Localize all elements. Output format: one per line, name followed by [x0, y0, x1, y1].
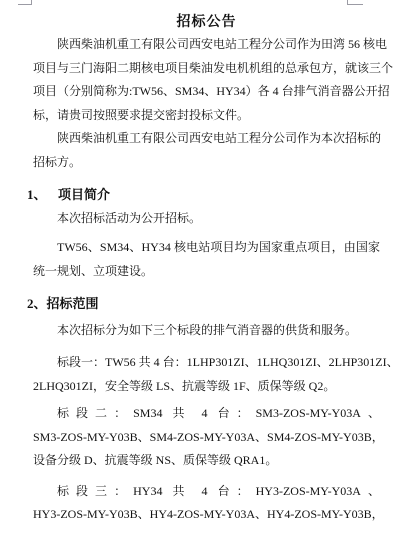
section-2-number: 2、 — [27, 296, 47, 311]
text-line: 标段三：HY34 共 4 台：HY3-ZOS-MY-Y03A、 — [33, 480, 380, 504]
text-line: 本次招标活动为公开招标。 — [33, 207, 380, 231]
paragraph-scope: 本次招标分为如下三个标段的排气消音器的供货和服务。 — [33, 319, 380, 343]
text-line: 标段二：SM34 共 4 台：SM3-ZOS-MY-Y03A、 — [33, 402, 380, 426]
page-corner-mark-left — [18, 0, 32, 5]
paragraph-national-projects: TW56、SM34、HY34 核电站项目均为国家重点项目，由国家 统一规划、立项… — [33, 236, 380, 283]
text-line: 项目（分别简称为:TW56、SM34、HY34）各 4 台排气消音器公开招 — [33, 80, 380, 104]
text-line: 2LHQ301ZI，安全等级 LS、抗震等级 1F、质保等级 Q2。 — [33, 375, 380, 399]
paragraph-lot-3: 标段三：HY34 共 4 台：HY3-ZOS-MY-Y03A、 HY3-ZOS-… — [33, 480, 380, 527]
text-line: 设备分级 D、抗震等级 NS、质保等级 QRA1。 — [33, 449, 380, 473]
section-1-heading: 1、项目简介 — [27, 183, 380, 207]
section-1-number: 1、 — [27, 183, 58, 207]
text-line: TW56、SM34、HY34 核电站项目均为国家重点项目，由国家 — [33, 236, 380, 260]
text-line: HY3-ZOS-MY-Y03B、HY4-ZOS-MY-Y03A、HY4-ZOS-… — [33, 503, 380, 527]
text-line: 统一规划、立项建设。 — [33, 260, 380, 284]
text-line: 项目与三门海阳二期核电项目柴油发电机机组的总承包方，就该三个 — [33, 57, 380, 81]
paragraph-lot-1: 标段一：TW56 共 4 台：1LHP301ZI、1LHQ301ZI、2LHP3… — [33, 351, 380, 398]
paragraph-open-tender: 本次招标活动为公开招标。 — [33, 207, 380, 231]
section-2-label: 招标范围 — [47, 296, 99, 311]
text-line: 本次招标分为如下三个标段的排气消音器的供货和服务。 — [33, 319, 380, 343]
text-line: 招标方。 — [33, 151, 380, 175]
paragraph-lot-2: 标段二：SM34 共 4 台：SM3-ZOS-MY-Y03A、 SM3-ZOS-… — [33, 402, 380, 473]
text-line: SM3-ZOS-MY-Y03B、SM4-ZOS-MY-Y03A、SM4-ZOS-… — [33, 426, 380, 450]
document-page: 招标公告 陕西柴油机重工有限公司西安电站工程分公司作为田湾 56 核电 项目与三… — [33, 12, 380, 527]
document-title: 招标公告 — [33, 12, 380, 33]
text-line: 陕西柴油机重工有限公司西安电站工程分公司作为田湾 56 核电 — [33, 33, 380, 57]
section-2-heading: 2、招标范围 — [27, 292, 380, 316]
paragraph-tenderer: 陕西柴油机重工有限公司西安电站工程分公司作为本次招标的 招标方。 — [33, 127, 380, 174]
section-1-label: 项目简介 — [58, 187, 110, 202]
text-line: 标，请贵司按照要求提交密封投标文件。 — [33, 104, 380, 128]
paragraph-intro: 陕西柴油机重工有限公司西安电站工程分公司作为田湾 56 核电 项目与三门海阳二期… — [33, 33, 380, 127]
page-corner-mark-right — [347, 0, 363, 5]
text-line: 陕西柴油机重工有限公司西安电站工程分公司作为本次招标的 — [33, 127, 380, 151]
text-line: 标段一：TW56 共 4 台：1LHP301ZI、1LHQ301ZI、2LHP3… — [33, 351, 380, 375]
